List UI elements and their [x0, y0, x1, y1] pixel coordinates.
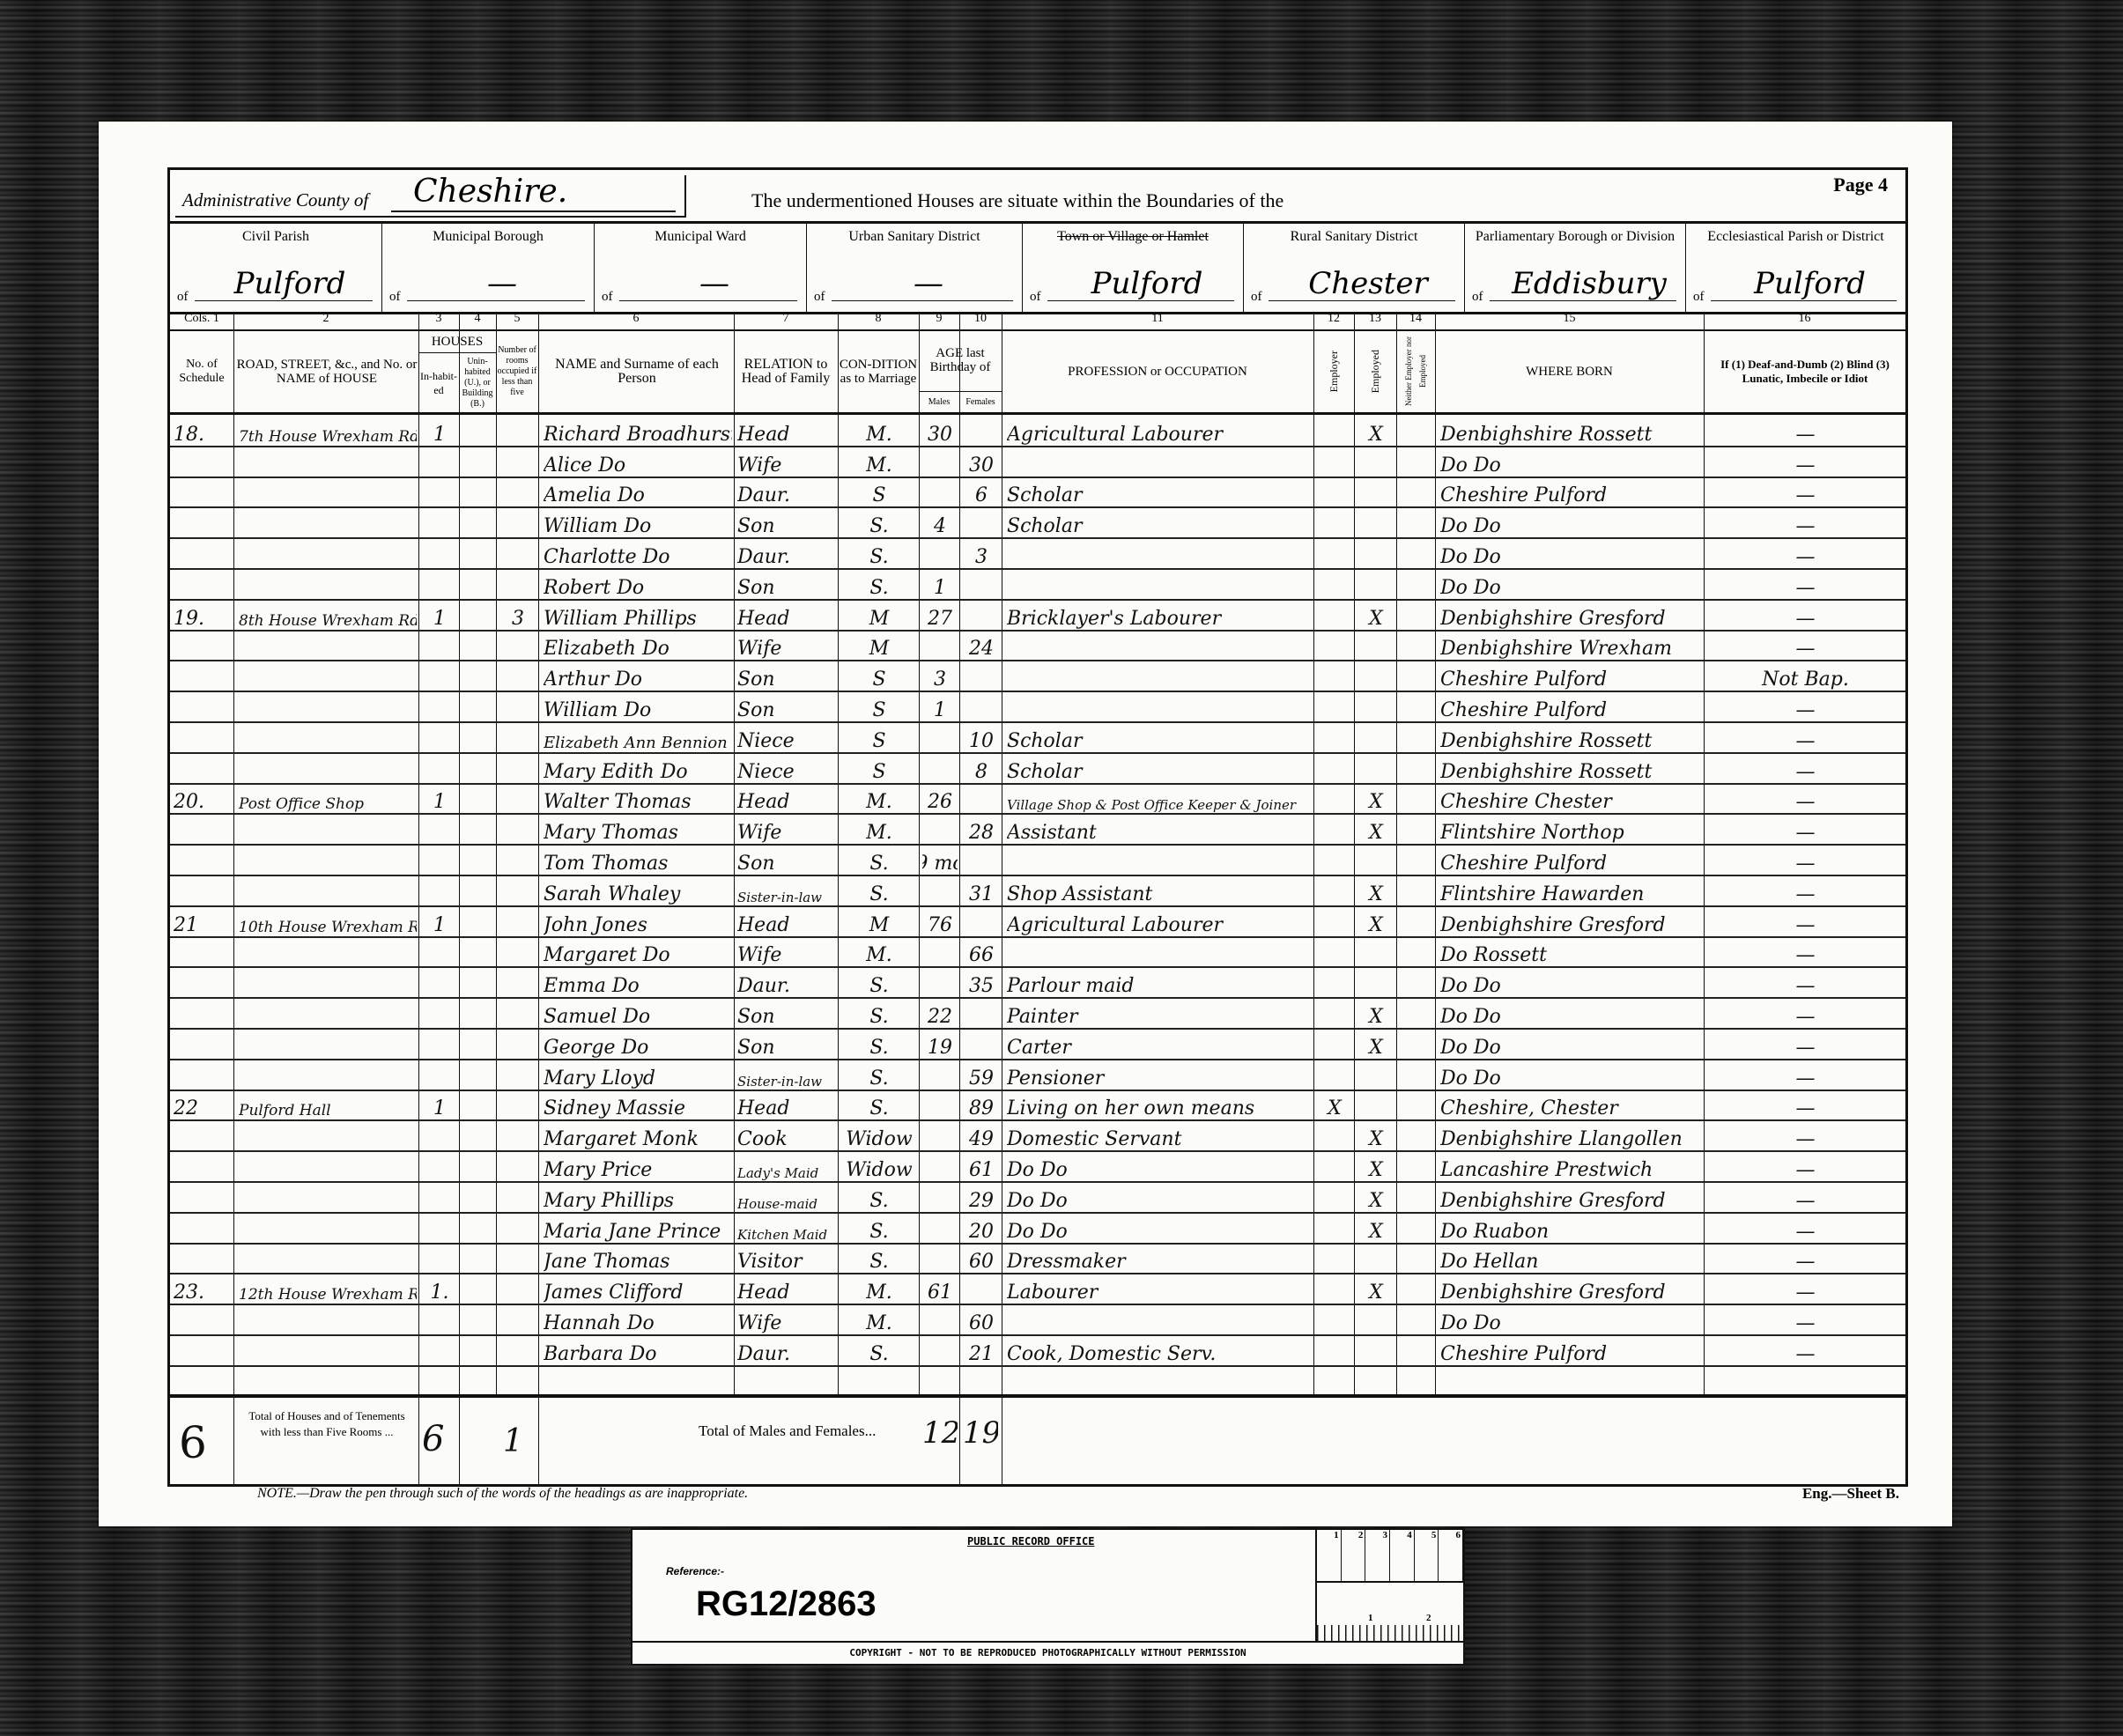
header-occupation: PROFESSION or OCCUPATION: [1002, 331, 1313, 412]
cell-emp: [1317, 1243, 1352, 1275]
cell-house: [239, 813, 417, 846]
cell-rooms: [499, 721, 536, 754]
cell-emd: [1357, 630, 1394, 662]
cell-rooms: [499, 1243, 536, 1275]
header-employed-text: Employed: [1368, 350, 1382, 393]
header-where-born: WHERE BORN: [1435, 331, 1704, 412]
cell-occ: [1007, 568, 1312, 601]
cell-sched: 23.: [174, 1273, 232, 1305]
col-num: 13: [1354, 312, 1396, 326]
cell-inh: [422, 446, 457, 478]
cell-cond: M.: [841, 813, 917, 846]
column-headers: No. of Schedule ROAD, STREET, &c., and N…: [170, 331, 1905, 415]
cell-emp: [1317, 752, 1352, 785]
cell-f: [963, 905, 1000, 938]
cell-rooms: [499, 997, 536, 1030]
cell-name: Emma Do: [544, 966, 732, 999]
cell-f: [963, 660, 1000, 692]
cell-cond: S: [841, 721, 917, 754]
cell-rooms: 3: [499, 599, 536, 632]
cell-f: [963, 1028, 1000, 1060]
area-value: Eddisbury: [1500, 266, 1678, 301]
cell-emp: [1317, 691, 1352, 723]
cell-rel: Son: [737, 1028, 836, 1060]
cell-f: 21: [963, 1334, 1000, 1367]
cell-inf: —: [1707, 568, 1904, 601]
cell-inf: —: [1707, 1181, 1904, 1214]
cell-f: [963, 997, 1000, 1030]
header-inhabited: In-habit-ed: [418, 354, 459, 412]
cell-inf: —: [1707, 1304, 1904, 1336]
header-relation: RELATION to Head of Family: [734, 331, 838, 412]
cell-m: 22: [922, 997, 958, 1030]
cell-inf: —: [1707, 783, 1904, 816]
cell-name: Mary Price: [544, 1150, 732, 1183]
cell-sched: [174, 1119, 232, 1152]
pro-reference-label: PUBLIC RECORD OFFICE Reference:- RG12/28…: [631, 1528, 1465, 1666]
cell-rel: Son: [737, 844, 836, 876]
cell-house: [239, 691, 417, 723]
cell-cond: S.: [841, 966, 917, 999]
cell-inh: [422, 1304, 457, 1336]
cell-inf: —: [1707, 844, 1904, 876]
area-title: Parliamentary Borough or Division: [1465, 229, 1685, 245]
cell-inf: —: [1707, 813, 1904, 846]
cell-f: 29: [963, 1181, 1000, 1214]
cell-sched: [174, 1212, 232, 1245]
cell-m: [922, 446, 958, 478]
cell-m: [922, 537, 958, 570]
header-houses: HOUSES: [418, 331, 496, 353]
form-header: Administrative County of Cheshire. The u…: [170, 170, 1905, 221]
cell-f: 59: [963, 1059, 1000, 1091]
cell-m: 3: [922, 660, 958, 692]
cell-house: [239, 506, 417, 539]
area-title: Municipal Ward: [595, 229, 806, 245]
table-row: Mary Edith DoNieceS8ScholarDenbighshire …: [170, 752, 1905, 785]
cell-rel: Lady's Maid: [737, 1150, 836, 1183]
ruler-inch: 2: [1426, 1613, 1431, 1623]
cell-emp: [1317, 1119, 1352, 1152]
cell-inh: [422, 660, 457, 692]
cell-cond: S.: [841, 1059, 917, 1091]
cell-house: [239, 875, 417, 907]
cell-sched: [174, 966, 232, 999]
cell-sched: [174, 1181, 232, 1214]
cell-inf: —: [1707, 721, 1904, 754]
cell-f: 35: [963, 966, 1000, 999]
cell-name: Sarah Whaley: [544, 875, 732, 907]
header-rooms: Number of rooms occupied if less than fi…: [496, 331, 538, 412]
cell-f: 61: [963, 1150, 1000, 1183]
table-row: George DoSonS.19CarterXDo Do—: [170, 1028, 1905, 1060]
cell-born: Denbighshire Llangollen: [1440, 1119, 1702, 1152]
cell-emp: [1317, 1304, 1352, 1336]
cell-cond: S.: [841, 568, 917, 601]
cell-m: [922, 813, 958, 846]
area-rural-sanitary: Rural Sanitary District of Chester: [1244, 224, 1465, 312]
cell-emd: [1357, 476, 1394, 509]
total-females: 19: [963, 1398, 998, 1452]
cell-occ: Shop Assistant: [1007, 875, 1312, 907]
cell-rel: Head: [737, 905, 836, 938]
cell-sched: [174, 813, 232, 846]
cell-born: Denbighshire Wrexham: [1440, 630, 1702, 662]
cell-rooms: [499, 1212, 536, 1245]
cell-occ: Do Do: [1007, 1150, 1312, 1183]
cell-born: Do Do: [1440, 1304, 1702, 1336]
cell-m: [922, 875, 958, 907]
cell-born: Do Rossett: [1440, 936, 1702, 969]
cell-inf: —: [1707, 905, 1904, 938]
cell-born: Denbighshire Gresford: [1440, 905, 1702, 938]
cell-emd: X: [1357, 1119, 1394, 1152]
cell-name: Charlotte Do: [544, 537, 732, 570]
cell-occ: Scholar: [1007, 721, 1312, 754]
cell-cond: S.: [841, 1243, 917, 1275]
col-num: 5: [496, 312, 538, 326]
col-num: 6: [538, 312, 734, 326]
cell-born: Denbighshire Gresford: [1440, 599, 1702, 632]
col-num: 15: [1435, 312, 1704, 326]
cell-occ: Dressmaker: [1007, 1243, 1312, 1275]
table-row: Mary LloydSister-in-lawS.59PensionerDo D…: [170, 1059, 1905, 1091]
cell-rooms: [499, 1150, 536, 1183]
cell-inh: 1: [422, 415, 457, 447]
cell-name: Amelia Do: [544, 476, 732, 509]
cell-inf: —: [1707, 537, 1904, 570]
cell-sched: [174, 752, 232, 785]
cell-born: Do Do: [1440, 997, 1702, 1030]
cell-emp: [1317, 1334, 1352, 1367]
cell-emd: X: [1357, 905, 1394, 938]
cell-name: Mary Phillips: [544, 1181, 732, 1214]
total-males: 12: [922, 1398, 958, 1452]
cell-inh: [422, 813, 457, 846]
table-row: Margaret DoWifeM.66Do Rossett—: [170, 936, 1905, 969]
cell-emp: [1317, 599, 1352, 632]
cell-m: 1: [922, 691, 958, 723]
totals-row: 6 Total of Houses and of Tenements with …: [170, 1394, 1905, 1484]
cell-inh: [422, 936, 457, 969]
col-num: 3: [418, 312, 459, 326]
header-employer-text: Employer: [1327, 351, 1341, 392]
area-of: of: [389, 290, 401, 305]
cell-rooms: [499, 966, 536, 999]
cell-emd: [1357, 1304, 1394, 1336]
cell-occ: Scholar: [1007, 506, 1312, 539]
cell-rel: Daur.: [737, 966, 836, 999]
ruler-cm: 1 2 3 4 5 6: [1317, 1530, 1463, 1583]
total-schedules: 6: [179, 1398, 232, 1470]
cell-occ: Village Shop & Post Office Keeper & Join…: [1007, 783, 1312, 816]
cell-name: Mary Thomas: [544, 813, 732, 846]
cell-sched: [174, 1334, 232, 1367]
header-schedule: No. of Schedule: [170, 331, 233, 412]
cell-occ: Domestic Servant: [1007, 1119, 1312, 1152]
table-row: Charlotte DoDaur.S.3Do Do—: [170, 537, 1905, 570]
cell-born: Denbighshire Rossett: [1440, 415, 1702, 447]
cell-inh: 1: [422, 599, 457, 632]
cell-rooms: [499, 1059, 536, 1091]
cell-sched: [174, 844, 232, 876]
header-employer: Employer: [1313, 331, 1354, 412]
cell-inf: —: [1707, 1273, 1904, 1305]
cell-rooms: [499, 1273, 536, 1305]
total-rooms: 1: [503, 1398, 538, 1461]
cell-rooms: [499, 783, 536, 816]
cell-born: Do Do: [1440, 446, 1702, 478]
cell-f: [963, 506, 1000, 539]
area-of: of: [814, 290, 825, 305]
cell-m: [922, 936, 958, 969]
cell-name: Margaret Monk: [544, 1119, 732, 1152]
cell-name: Arthur Do: [544, 660, 732, 692]
cell-born: Denbighshire Rossett: [1440, 752, 1702, 785]
table-row: Margaret MonkCookWidow49Domestic Servant…: [170, 1119, 1905, 1152]
table-row: Elizabeth Ann BennionNieceS10ScholarDenb…: [170, 721, 1905, 754]
cell-name: William Do: [544, 691, 732, 723]
cell-f: [963, 783, 1000, 816]
cell-born: Do Do: [1440, 568, 1702, 601]
ruler-mark: 5: [1415, 1530, 1439, 1581]
cell-m: [922, 721, 958, 754]
cell-occ: Scholar: [1007, 752, 1312, 785]
area-title: Ecclesiastical Parish or District: [1686, 229, 1905, 245]
cell-rooms: [499, 660, 536, 692]
area-municipal-borough: Municipal Borough of —: [382, 224, 595, 312]
area-of: of: [1693, 290, 1705, 305]
cell-born: Denbighshire Gresford: [1440, 1181, 1702, 1214]
cell-f: 89: [963, 1090, 1000, 1122]
table-row: Maria Jane PrinceKitchen MaidS.20Do DoXD…: [170, 1212, 1905, 1245]
cell-occ: Do Do: [1007, 1212, 1312, 1245]
table-row: Sarah WhaleySister-in-lawS.31Shop Assist…: [170, 875, 1905, 907]
ruler-mark: 6: [1439, 1530, 1463, 1581]
table-row: 22Pulford Hall1Sidney MassieHeadS.89Livi…: [170, 1090, 1905, 1122]
area-value: —: [418, 266, 587, 301]
cell-inf: —: [1707, 752, 1904, 785]
cell-cond: S.: [841, 1181, 917, 1214]
cell-emd: [1357, 752, 1394, 785]
cell-inf: —: [1707, 1059, 1904, 1091]
cell-inf: —: [1707, 1150, 1904, 1183]
cell-emd: [1357, 1059, 1394, 1091]
cell-inh: 1: [422, 905, 457, 938]
cell-inf: —: [1707, 875, 1904, 907]
cell-emp: [1317, 721, 1352, 754]
cell-sched: 18.: [174, 415, 232, 447]
ruler-mark: 4: [1390, 1530, 1415, 1581]
cell-sched: [174, 936, 232, 969]
cell-f: 6: [963, 476, 1000, 509]
cell-house: [239, 997, 417, 1030]
cell-emd: X: [1357, 875, 1394, 907]
cell-rel: Wife: [737, 813, 836, 846]
cell-emp: [1317, 568, 1352, 601]
cell-emd: [1357, 691, 1394, 723]
cell-emd: [1357, 1243, 1394, 1275]
ruler-inch: 1: [1368, 1613, 1373, 1623]
area-value: Chester: [1279, 266, 1457, 301]
cell-rel: Son: [737, 506, 836, 539]
cell-inf: —: [1707, 1243, 1904, 1275]
cell-emd: X: [1357, 997, 1394, 1030]
cell-m: [922, 1150, 958, 1183]
area-of: of: [177, 290, 189, 305]
cell-rel: Wife: [737, 1304, 836, 1336]
cell-sched: 21: [174, 905, 232, 938]
cell-rooms: [499, 1181, 536, 1214]
cell-rel: Wife: [737, 446, 836, 478]
cell-rooms: [499, 1304, 536, 1336]
area-of: of: [1030, 290, 1041, 305]
cell-rel: Head: [737, 1090, 836, 1122]
cell-born: Do Ruabon: [1440, 1212, 1702, 1245]
table-row: William DoSonS1Cheshire Pulford—: [170, 691, 1905, 723]
cell-born: Denbighshire Gresford: [1440, 1273, 1702, 1305]
cell-m: [922, 1059, 958, 1091]
cell-inh: [422, 1212, 457, 1245]
area-of: of: [1251, 290, 1262, 305]
table-row: Amelia DoDaur.S6ScholarCheshire Pulford—: [170, 476, 1905, 509]
cell-name: William Phillips: [544, 599, 732, 632]
table-row: Arthur DoSonS3Cheshire PulfordNot Bap.: [170, 660, 1905, 692]
area-of: of: [602, 290, 613, 305]
cell-rel: Head: [737, 783, 836, 816]
cell-house: [239, 1181, 417, 1214]
cell-occ: [1007, 1304, 1312, 1336]
cell-f: 3: [963, 537, 1000, 570]
cell-emd: X: [1357, 1028, 1394, 1060]
header-infirmity: If (1) Deaf-and-Dumb (2) Blind (3) Lunat…: [1707, 331, 1903, 412]
cell-born: Cheshire Pulford: [1440, 844, 1702, 876]
cell-house: [239, 752, 417, 785]
cell-cond: S.: [841, 537, 917, 570]
header-neither-text: Neither Employer nor Employed: [1402, 336, 1430, 407]
cell-emd: [1357, 660, 1394, 692]
cell-name: Richard Broadhurst: [544, 415, 732, 447]
cell-born: Cheshire Pulford: [1440, 660, 1702, 692]
cell-occ: Carter: [1007, 1028, 1312, 1060]
cell-house: [239, 721, 417, 754]
cell-cond: Widow: [841, 1119, 917, 1152]
header-males: Males: [919, 391, 959, 413]
cell-house: [239, 568, 417, 601]
cell-sched: [174, 568, 232, 601]
cell-emp: [1317, 446, 1352, 478]
cell-rooms: [499, 1334, 536, 1367]
cell-cond: M: [841, 905, 917, 938]
cell-cond: Widow: [841, 1150, 917, 1183]
cell-emp: [1317, 813, 1352, 846]
cell-house: [239, 660, 417, 692]
cell-house: [239, 1304, 417, 1336]
cell-emd: [1357, 936, 1394, 969]
cell-inf: —: [1707, 446, 1904, 478]
cell-inf: —: [1707, 1119, 1904, 1152]
table-row: Mary PhillipsHouse-maidS.29Do DoXDenbigh…: [170, 1181, 1905, 1214]
cell-emd: [1357, 446, 1394, 478]
cell-rooms: [499, 875, 536, 907]
cell-rel: Head: [737, 599, 836, 632]
cell-rel: Wife: [737, 936, 836, 969]
cell-cond: S.: [841, 1028, 917, 1060]
cell-emp: [1317, 1059, 1352, 1091]
cell-inh: 1.: [422, 1273, 457, 1305]
table-row: William DoSonS.4ScholarDo Do—: [170, 506, 1905, 539]
cell-born: Lancashire Prestwich: [1440, 1150, 1702, 1183]
cell-cond: M: [841, 599, 917, 632]
area-value: Pulford: [1058, 266, 1236, 301]
header-females: Females: [959, 391, 1002, 413]
cell-cond: M.: [841, 1304, 917, 1336]
cell-occ: [1007, 537, 1312, 570]
cell-occ: [1007, 936, 1312, 969]
cell-inf: —: [1707, 691, 1904, 723]
cell-inh: [422, 1059, 457, 1091]
cell-occ: [1007, 446, 1312, 478]
cell-m: 27: [922, 599, 958, 632]
cell-house: [239, 476, 417, 509]
cell-inh: [422, 691, 457, 723]
cell-emp: [1317, 875, 1352, 907]
col-num: Cols. 1: [170, 312, 233, 326]
cell-f: [963, 415, 1000, 447]
cell-name: Jane Thomas: [544, 1243, 732, 1275]
ruler-mark: 1: [1317, 1530, 1342, 1581]
cell-emd: [1357, 721, 1394, 754]
table-row: 20.Post Office Shop1Walter ThomasHeadM.2…: [170, 783, 1905, 816]
cell-occ: Scholar: [1007, 476, 1312, 509]
table-row: 19.8th House Wrexham Rd13William Phillip…: [170, 599, 1905, 632]
cell-m: 26: [922, 783, 958, 816]
cell-house: [239, 630, 417, 662]
cell-rel: Sister-in-law: [737, 1059, 836, 1091]
cell-f: 20: [963, 1212, 1000, 1245]
cell-inf: —: [1707, 1212, 1904, 1245]
cell-inh: [422, 1150, 457, 1183]
cell-rooms: [499, 813, 536, 846]
cell-emp: [1317, 966, 1352, 999]
cell-rooms: [499, 905, 536, 938]
cell-f: [963, 691, 1000, 723]
cell-m: [922, 1181, 958, 1214]
cell-occ: Pensioner: [1007, 1059, 1312, 1091]
cell-house: [239, 1243, 417, 1275]
cell-occ: Painter: [1007, 997, 1312, 1030]
cell-rooms: [499, 506, 536, 539]
col-num: 16: [1704, 312, 1905, 326]
cell-m: [922, 476, 958, 509]
cell-cond: S.: [841, 506, 917, 539]
cell-emp: [1317, 1181, 1352, 1214]
cell-emd: X: [1357, 1212, 1394, 1245]
cell-emd: [1357, 1090, 1394, 1122]
cell-inf: —: [1707, 1090, 1904, 1122]
cell-sched: [174, 630, 232, 662]
cell-sched: [174, 721, 232, 754]
cell-rooms: [499, 752, 536, 785]
cell-f: 60: [963, 1243, 1000, 1275]
cell-cond: M: [841, 630, 917, 662]
cell-m: 4: [922, 506, 958, 539]
cell-f: [963, 1273, 1000, 1305]
cell-inh: [422, 1119, 457, 1152]
cell-inf: Not Bap.: [1707, 660, 1904, 692]
cell-rooms: [499, 537, 536, 570]
cell-rooms: [499, 844, 536, 876]
